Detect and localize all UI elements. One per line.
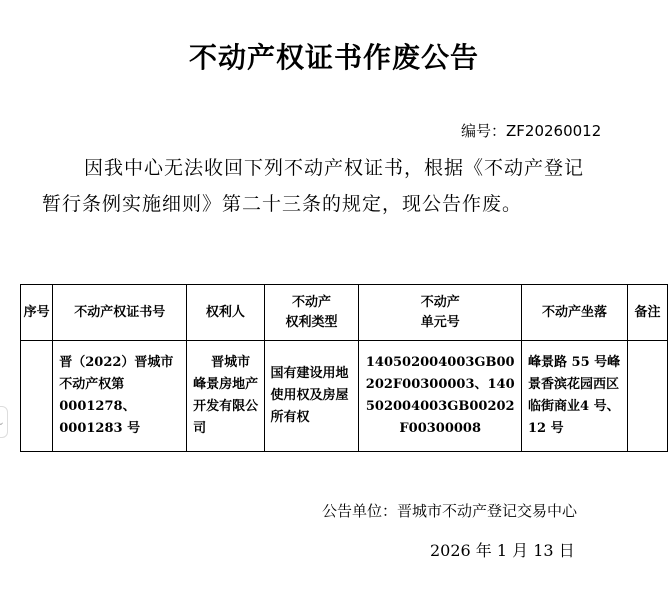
side-collapse-handle[interactable]: ⌄: [0, 406, 8, 438]
paragraph-line-2: 暂行条例实施细则》第二十三条的规定，现公告作废。: [42, 193, 522, 215]
announcement-paragraph: 因我中心无法收回下列不动产权证书，根据《不动产登记 暂行条例实施细则》第二十三条…: [42, 150, 642, 222]
paragraph-line-1: 因我中心无法收回下列不动产权证书，根据《不动产登记: [42, 150, 642, 186]
cell-remark: [628, 341, 668, 452]
cell-unit-no: 140502004003GB00202F00300003、14050200400…: [359, 341, 522, 452]
document-number: 编号：ZF20260012: [461, 120, 601, 141]
certificate-table: 序号 不动产权证书号 权利人 不动产 权利类型 不动产 单元号 不动产坐落 备注…: [20, 284, 668, 452]
table-header-row: 序号 不动产权证书号 权利人 不动产 权利类型 不动产 单元号 不动产坐落 备注: [21, 285, 668, 341]
cell-right-type: 国有建设用地使用权及房屋所有权: [264, 341, 359, 452]
issuer: 公告单位：晋城市不动产登记交易中心: [322, 500, 577, 521]
cell-location: 峰景路 55 号峰景香滨花园西区临街商业4 号、12 号: [522, 341, 628, 452]
header-location: 不动产坐落: [522, 285, 628, 341]
cell-seq: [21, 341, 53, 452]
cell-owner: 晋城市 峰景房地产开发有限公司: [187, 341, 264, 452]
issue-date: 2026 年 1 月 13 日: [430, 538, 575, 561]
table-row: 晋（2022）晋城市不动产权第 0001278、0001283 号 晋城市 峰景…: [21, 341, 668, 452]
header-owner: 权利人: [187, 285, 264, 341]
header-cert-no: 不动产权证书号: [53, 285, 187, 341]
header-seq: 序号: [21, 285, 53, 341]
cell-cert-no: 晋（2022）晋城市不动产权第 0001278、0001283 号: [53, 341, 187, 452]
header-right-type: 不动产 权利类型: [264, 285, 359, 341]
header-remark: 备注: [628, 285, 668, 341]
header-unit-no: 不动产 单元号: [359, 285, 522, 341]
document-title: 不动产权证书作废公告: [0, 36, 668, 76]
chevron-down-icon: ⌄: [0, 417, 5, 428]
